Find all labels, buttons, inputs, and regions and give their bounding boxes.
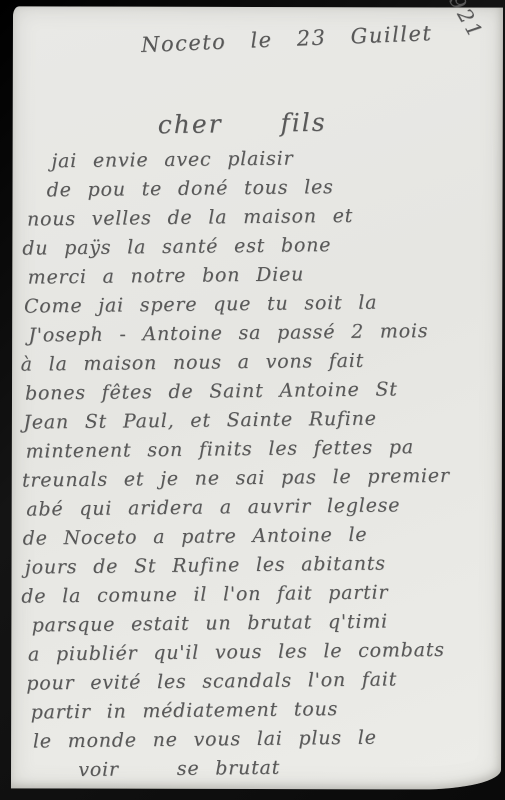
closing-word: voir: [78, 756, 119, 785]
letter-line: J'oseph - Antoine sa passé 2 mois: [28, 316, 494, 350]
year-text: 1921: [437, 0, 489, 44]
letter-dateline: Noceto le 23 Guillet: [141, 21, 433, 57]
place-date-text: Noceto le 23 Guillet: [141, 21, 433, 57]
letter-line: treunals et je ne sai pas le premier: [22, 461, 496, 495]
closing-word: se brutat: [177, 754, 281, 784]
scanned-letter-page: Noceto le 23 Guillet 1921 cher fils jai …: [0, 0, 505, 800]
letter-closing-line: voir se brutat: [78, 751, 499, 785]
letter-salutation: cher fils: [158, 108, 327, 140]
letter-body: jai envie avec plaisir de pou te doné to…: [8, 142, 499, 785]
letter-line: a piubliér qu'il vous les le combats: [28, 635, 498, 669]
letter-paper: Noceto le 23 Guillet 1921 cher fils jai …: [11, 6, 503, 789]
